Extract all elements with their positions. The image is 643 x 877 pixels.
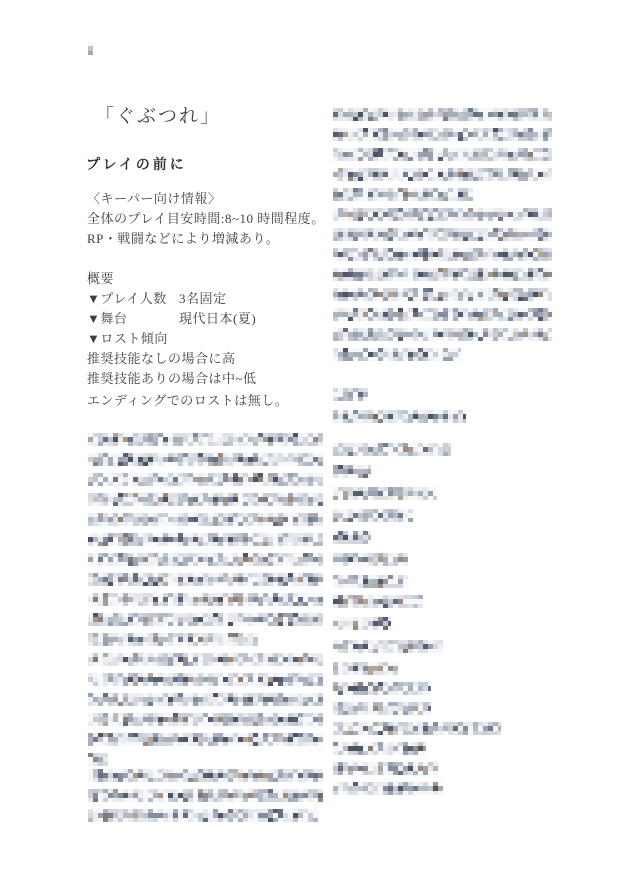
redacted-text-line [333, 465, 371, 478]
document-page: 「ぐぶつれ」 プレイの前に 〈キーパー向け情報〉 全体のプレイ目安時間:8~10… [0, 0, 643, 877]
redacted-text-line [333, 662, 398, 675]
redacted-text-line [333, 268, 552, 281]
redacted-text-line [333, 722, 501, 735]
redacted-text-line [333, 762, 438, 775]
redacted-text-line [333, 742, 426, 755]
redacted-text-line [333, 228, 552, 241]
redacted-text-line [333, 128, 552, 141]
redacted-text-line [333, 248, 552, 261]
redacted-text-line [333, 782, 443, 795]
redacted-text-line [333, 617, 391, 630]
redacted-text-line [333, 682, 431, 695]
redacted-text-line [333, 702, 431, 715]
redacted-text-line [333, 640, 443, 653]
redacted-text-line [333, 208, 552, 221]
redacted-text-line [333, 188, 475, 201]
redacted-text-line [333, 410, 466, 423]
redacted-text-line [333, 288, 552, 301]
redacted-text-line [333, 308, 552, 321]
redacted-text-line [333, 595, 423, 608]
redacted-text-line [333, 348, 461, 361]
redacted-text-line [333, 553, 408, 566]
redacted-text-line [333, 388, 369, 401]
redacted-text-line [333, 148, 552, 161]
right-column-redacted-text [0, 0, 643, 877]
redacted-text-line [333, 328, 552, 341]
redacted-text-line [333, 168, 552, 181]
redacted-text-line [333, 443, 451, 456]
redacted-text-line [333, 509, 413, 522]
redacted-text-line [333, 108, 552, 121]
redacted-text-line [333, 487, 437, 500]
redacted-text-line [333, 575, 408, 588]
redacted-text-line [333, 531, 371, 544]
